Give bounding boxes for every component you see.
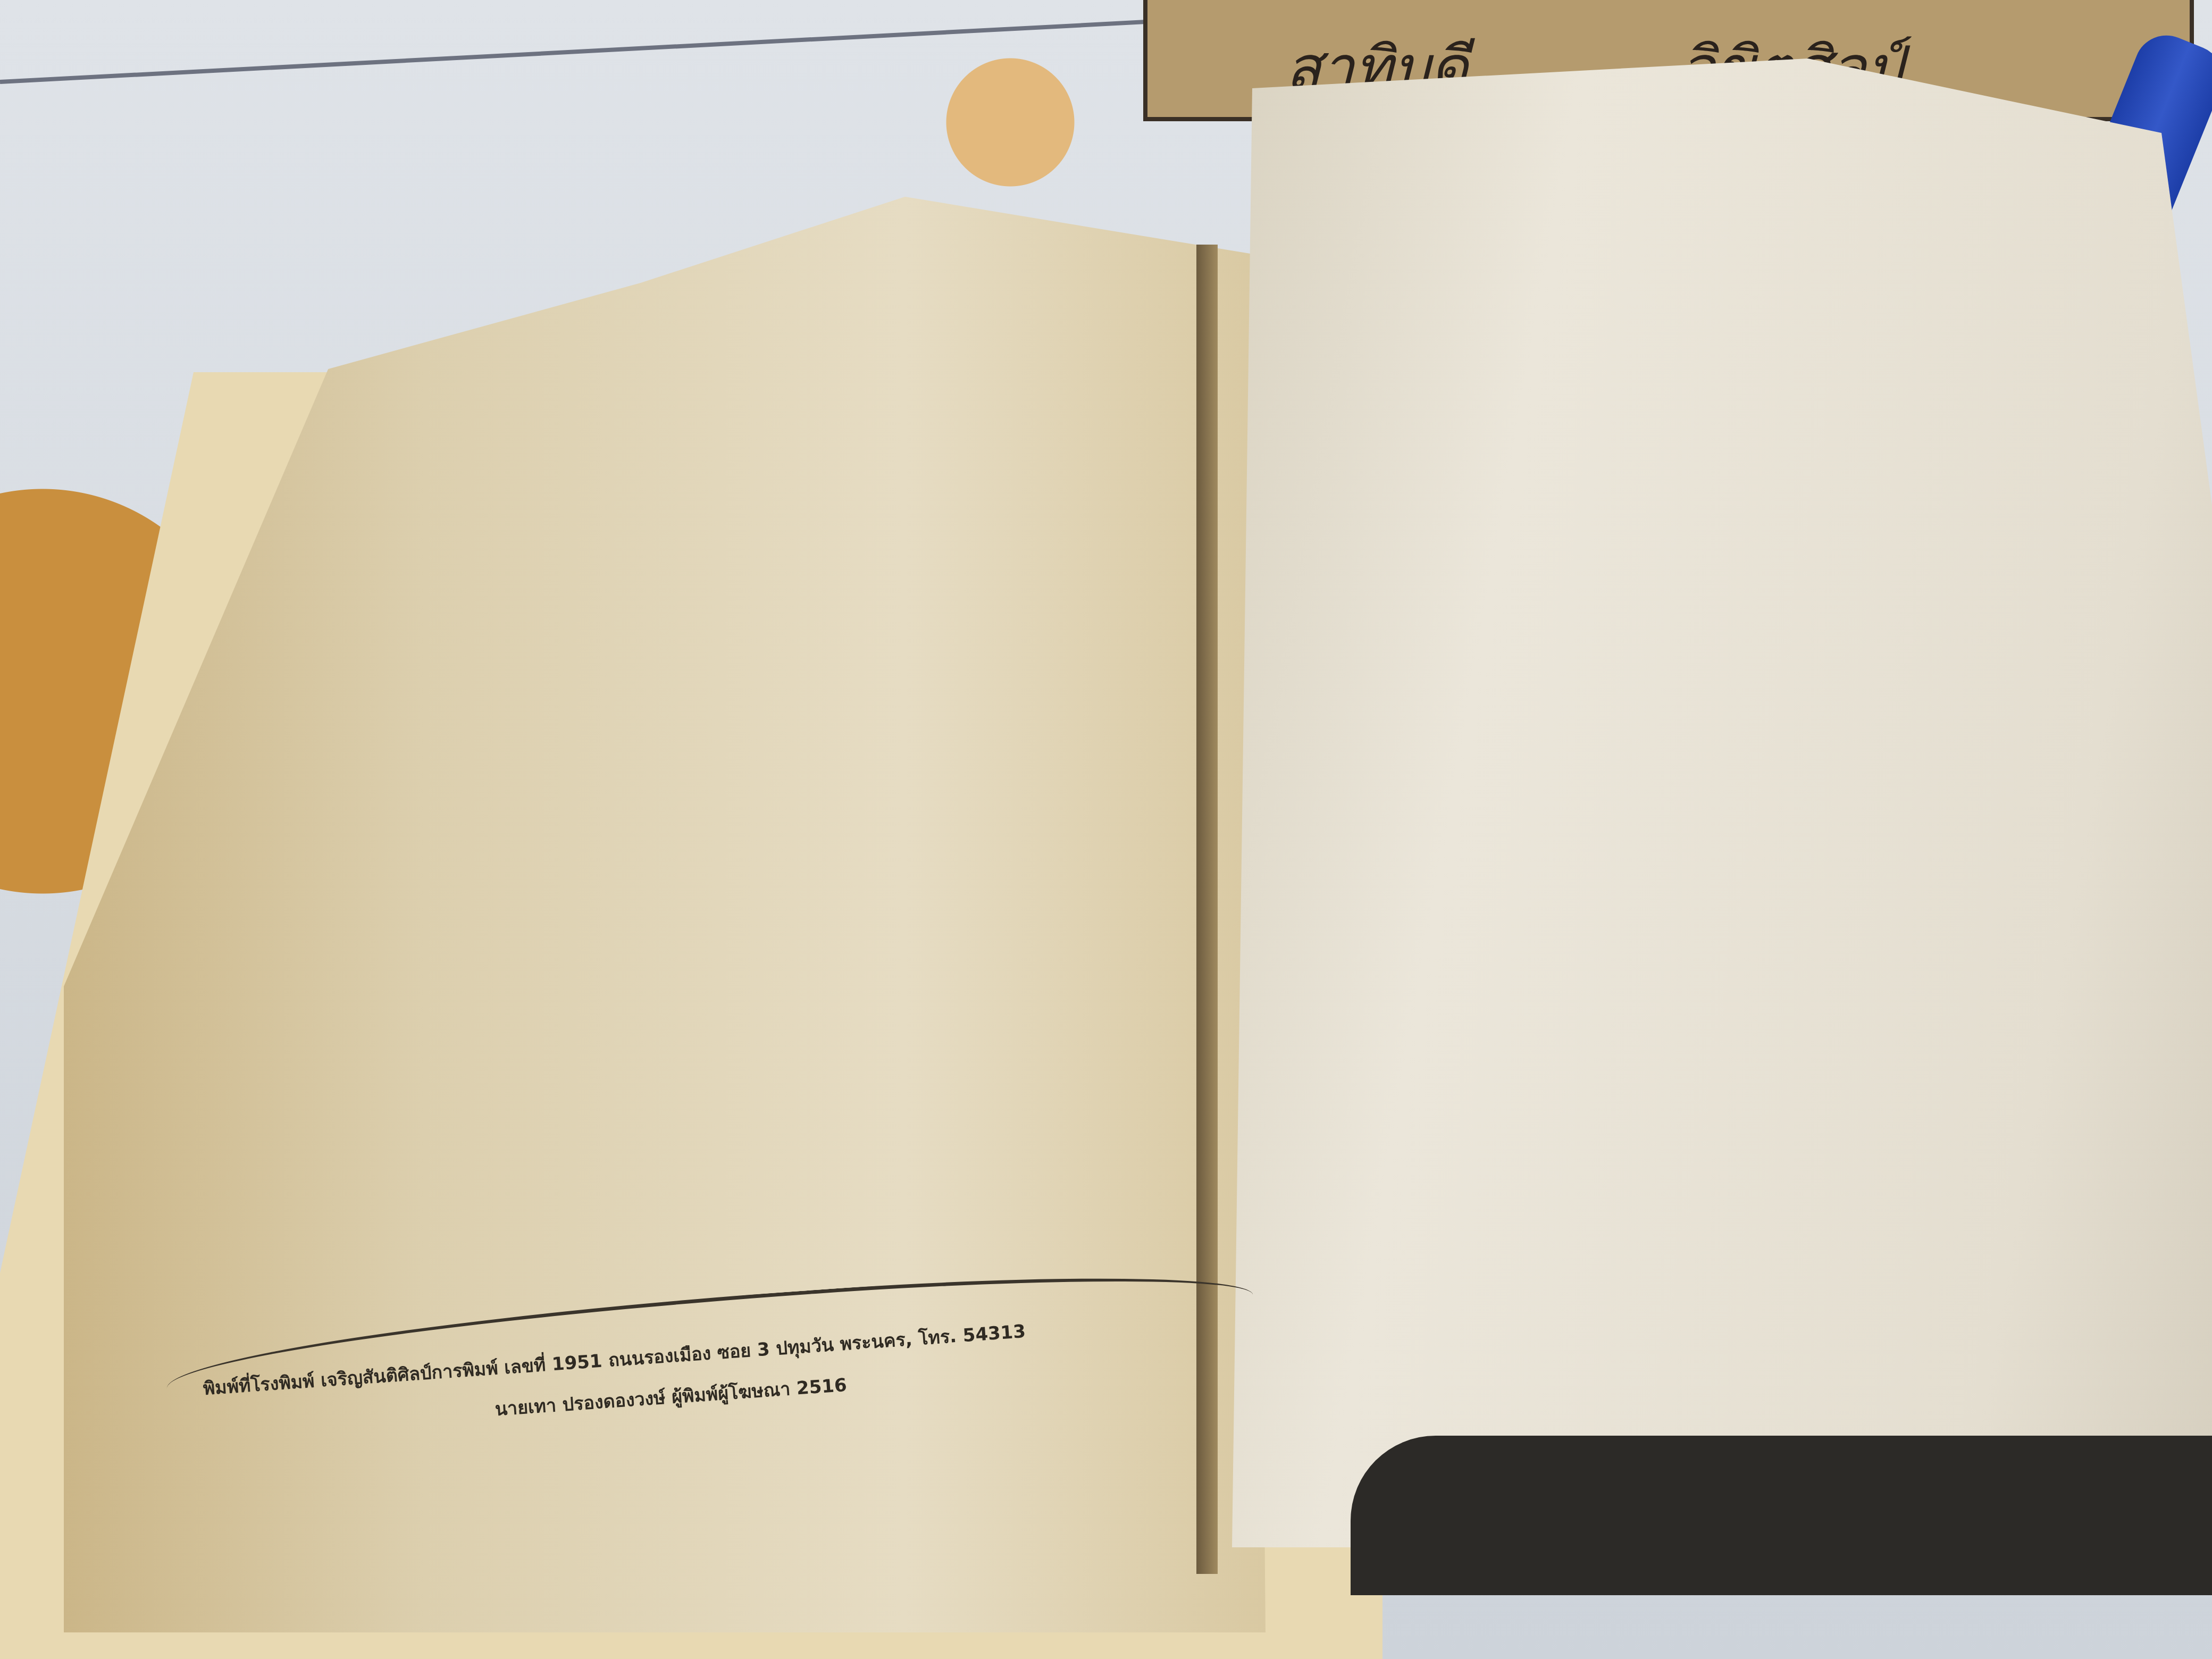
book-gutter <box>1196 245 1218 1574</box>
right-page <box>1202 58 2212 1547</box>
page-shadow <box>1351 1436 2212 1595</box>
